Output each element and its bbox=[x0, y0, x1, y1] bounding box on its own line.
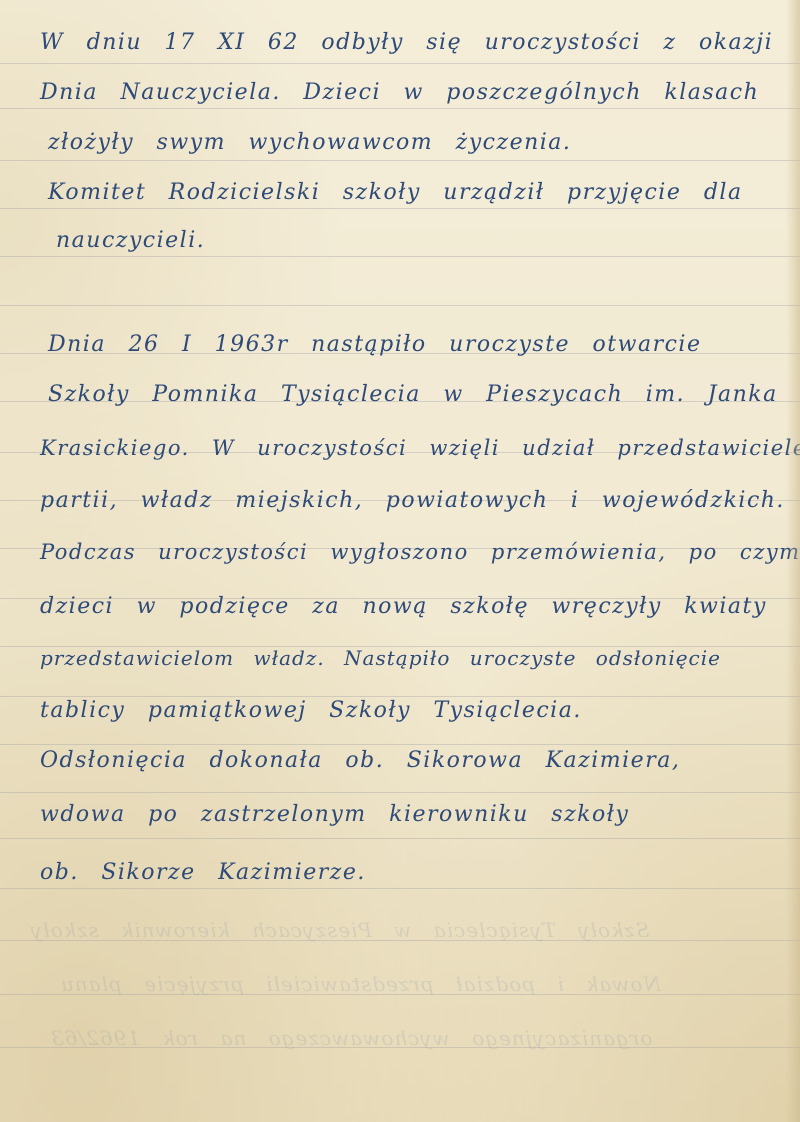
ruled-line bbox=[0, 744, 800, 745]
handwritten-line: dzieci w podzięce za nową szkołę wręczył… bbox=[40, 594, 767, 619]
handwritten-line: Odsłonięcia dokonała ob. Sikorowa Kazimi… bbox=[40, 748, 680, 773]
bleed-through-text: organizacyjnego wychowawczego na rok 196… bbox=[50, 1026, 653, 1050]
ruled-line bbox=[0, 256, 800, 257]
ruled-line bbox=[0, 696, 800, 697]
handwritten-line: Szkoły Pomnika Tysiąclecia w Pieszycach … bbox=[48, 382, 778, 407]
page-edge-shadow bbox=[786, 0, 800, 1122]
bleed-through-text: Szkoły Tysiąclecia w Pieszycach kierowni… bbox=[30, 918, 649, 942]
bleed-through-text: Nowak i podział przedstawicieli przyjęci… bbox=[60, 972, 661, 996]
handwritten-line: W dniu 17 XI 62 odbyły się uroczystości … bbox=[40, 30, 773, 55]
handwritten-line: złożyły swym wychowawcom życzenia. bbox=[48, 130, 571, 155]
document-page: Szkoły Tysiąclecia w Pieszycach kierowni… bbox=[0, 0, 800, 1122]
handwritten-line: Krasickiego. W uroczystości wzięli udzia… bbox=[40, 436, 800, 460]
ruled-line bbox=[0, 63, 800, 64]
handwritten-line: nauczycieli. bbox=[56, 228, 205, 253]
ruled-line bbox=[0, 888, 800, 889]
handwritten-line: Podczas uroczystości wygłoszono przemówi… bbox=[40, 540, 800, 564]
handwritten-line: Komitet Rodzicielski szkoły urządził prz… bbox=[48, 180, 743, 205]
handwritten-line: Dnia 26 I 1963r nastąpiło uroczyste otwa… bbox=[48, 332, 702, 357]
ruled-line bbox=[0, 792, 800, 793]
handwritten-line: przedstawicielom władz. Nastąpiło uroczy… bbox=[40, 646, 721, 670]
ruled-line bbox=[0, 305, 800, 306]
handwritten-line: Dnia Nauczyciela. Dzieci w poszczególnyc… bbox=[40, 80, 759, 105]
ruled-line bbox=[0, 108, 800, 109]
handwritten-line: partii, władz miejskich, powiatowych i w… bbox=[40, 488, 785, 513]
handwritten-line: tablicy pamiątkowej Szkoły Tysiąclecia. bbox=[40, 698, 582, 723]
handwritten-line: wdowa po zastrzelonym kierowniku szkoły bbox=[40, 802, 629, 827]
ruled-line bbox=[0, 160, 800, 161]
handwritten-line: ob. Sikorze Kazimierze. bbox=[40, 860, 366, 885]
ruled-line bbox=[0, 838, 800, 839]
ruled-line bbox=[0, 208, 800, 209]
